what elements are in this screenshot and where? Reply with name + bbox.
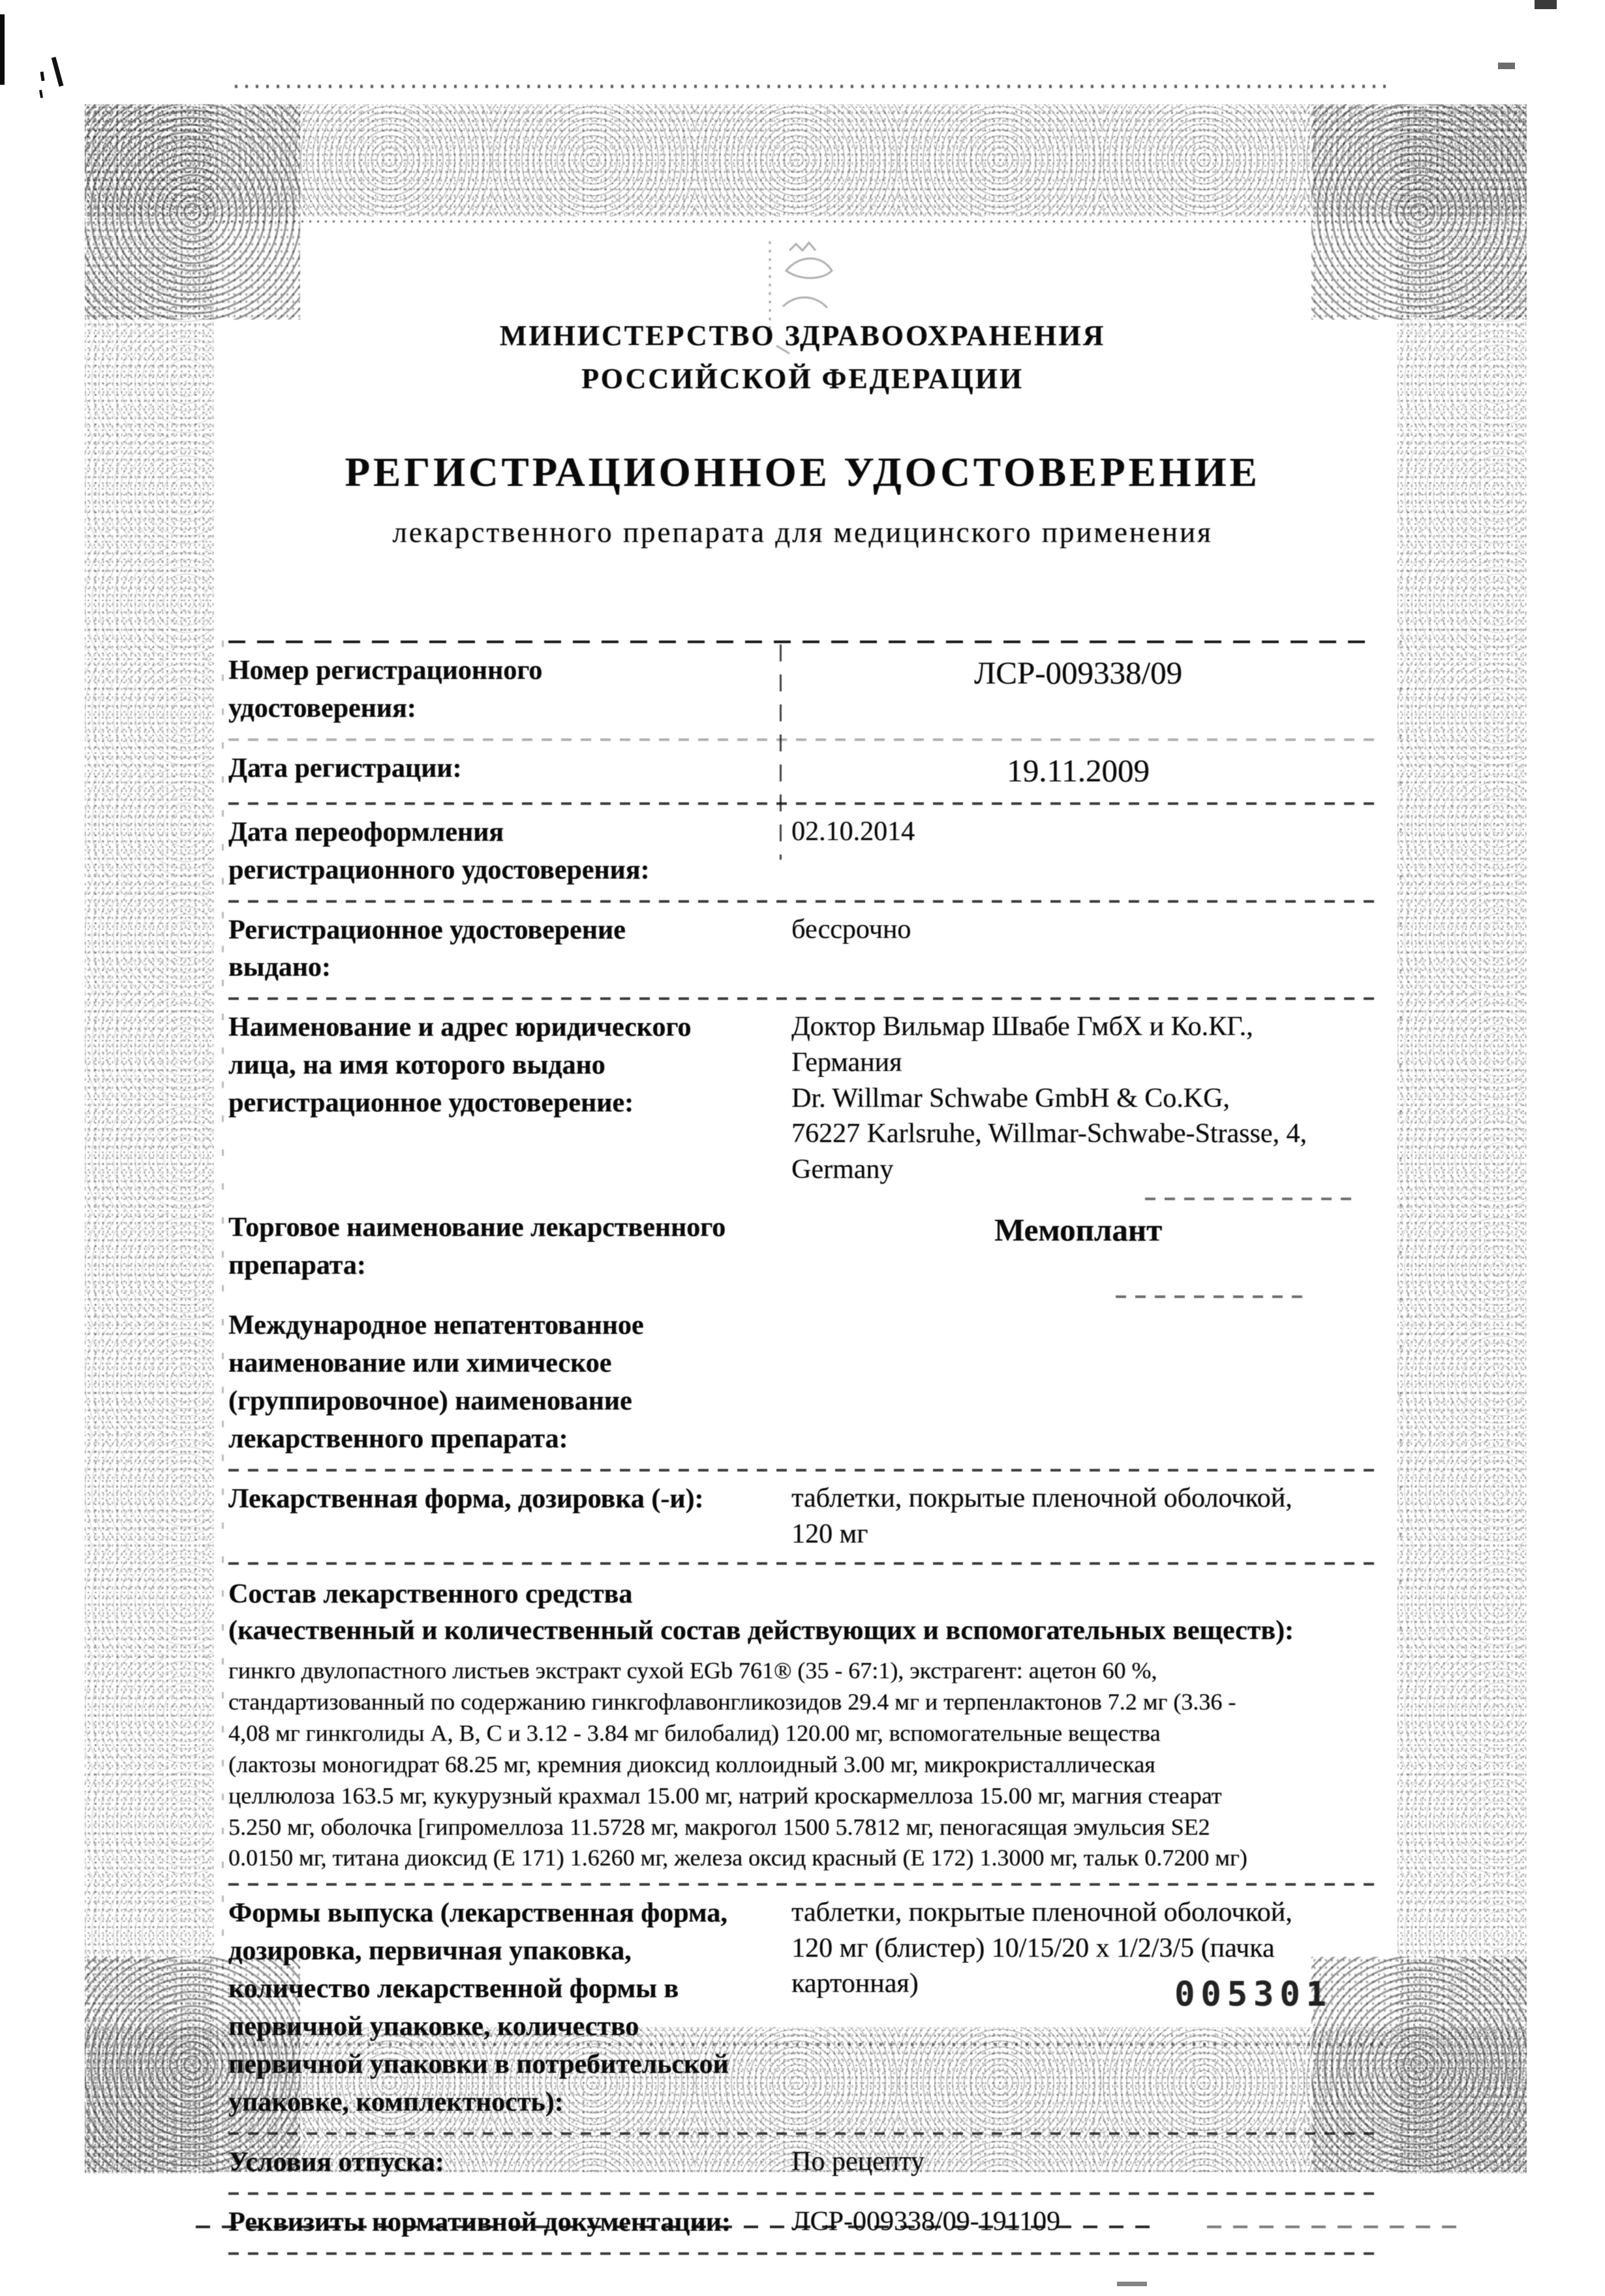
composition-section: Состав лекарственного средства (качестве… — [228, 1565, 1377, 1883]
table-row-reg-number: Номер регистрационного удостоверения: ЛС… — [228, 643, 1377, 738]
table-left-dashed-edge — [222, 641, 224, 1991]
row-label: Дата переоформления регистрационного удо… — [228, 814, 731, 890]
scanned-certificate-page: МИНИСТЕРСТВО ЗДРАВООХРАНЕНИЯ РОССИЙСКОЙ … — [0, 0, 1605, 2296]
composition-heading: Состав лекарственного средства — [228, 1577, 1377, 1612]
row-label: Реквизиты нормативной документации: — [228, 2204, 731, 2242]
table-row-holder: Наименование и адрес юридического лица, … — [228, 1000, 1377, 1198]
form-serial-number: 005301 — [1174, 1975, 1332, 2014]
row-label: Регистрационное удостоверение выдано: — [228, 912, 731, 988]
table-right-ticks — [1399, 641, 1401, 1658]
dosage-form-line: таблетки, покрытые пленочной оболочкой, — [791, 1481, 1377, 1517]
row-label: Международное непатентованное наименован… — [228, 1307, 731, 1458]
holder-line: Dr. Willmar Schwabe GmbH & Co.KG, — [791, 1081, 1377, 1117]
holder-line: Доктор Вильмар Швабе ГмбХ и Ко.КГ., — [791, 1009, 1377, 1045]
composition-line: 4,08 мг гинкголиды А, В, С и 3.12 - 3.84… — [228, 1718, 1377, 1749]
table-row-normative-docs: Реквизиты нормативной документации: ЛСР-… — [228, 2195, 1377, 2252]
table-row-reissue-date: Дата переоформления регистрационного удо… — [228, 805, 1377, 900]
row-label: Дата регистрации: — [228, 750, 731, 788]
scan-speck — [1117, 2282, 1147, 2286]
release-form-line: 120 мг (блистер) 10/15/20 х 1/2/3/5 (пач… — [791, 1931, 1377, 1967]
scan-edge-artifact — [1498, 63, 1515, 69]
pen-mark — [33, 52, 78, 111]
table-row-trade-name: Торговое наименование лекарственного пре… — [228, 1200, 1377, 1295]
row-label: Торговое наименование лекарственного пре… — [228, 1209, 731, 1285]
row-value: 19.11.2009 — [780, 750, 1377, 792]
frame-top-innerline — [215, 220, 1396, 222]
row-label: Лекарственная форма, дозировка (-и): — [228, 1481, 731, 1518]
table-row-dispensing: Условия отпуска: По рецепту — [228, 2135, 1377, 2192]
composition-line: гинкго двулопастного листьев экстракт су… — [228, 1655, 1377, 1687]
table-row-inn: Международное непатентованное наименован… — [228, 1298, 1377, 1469]
composition-line: целлюлоза 163.5 мг, кукурузный крахмал 1… — [228, 1781, 1377, 1812]
frame-band-right — [1398, 104, 1527, 2173]
table-row-dosage-form: Лекарственная форма, дозировка (-и): таб… — [228, 1472, 1377, 1562]
row-separator — [228, 2252, 1377, 2255]
row-value: 02.10.2014 — [780, 814, 1377, 850]
composition-line: 5.250 мг, оболочка [гипромеллоза 11.5728… — [228, 1812, 1377, 1843]
table-row-reg-date: Дата регистрации: 19.11.2009 — [228, 741, 1377, 802]
frame-band-top — [85, 104, 1527, 217]
frame-top-tickline — [235, 85, 1390, 88]
row-value: бессрочно — [780, 912, 1377, 948]
document-title: РЕГИСТРАЦИОННОЕ УДОСТОВЕРЕНИЕ — [0, 449, 1605, 496]
composition-line: стандартизованный по содержанию гинкгофл… — [228, 1687, 1377, 1718]
release-form-line: таблетки, покрытые пленочной оболочкой, — [791, 1895, 1377, 1931]
composition-line: (лактозы моногидрат 68.25 мг, кремния ди… — [228, 1749, 1377, 1781]
row-label: Условия отпуска: — [228, 2144, 731, 2182]
row-value: ЛСР-009338/09 — [780, 652, 1377, 694]
row-value: Доктор Вильмар Швабе ГмбХ и Ко.КГ., Герм… — [780, 1009, 1377, 1187]
composition-line: 0.0150 мг, титана диоксид (Е 171) 1.6260… — [228, 1843, 1377, 1874]
row-value: ЛСР-009338/09-191109 — [780, 2204, 1377, 2240]
row-value: По рецепту — [780, 2144, 1377, 2180]
table-row-validity: Регистрационное удостоверение выдано: бе… — [228, 903, 1377, 998]
frame-band-left — [85, 104, 214, 2173]
holder-line: Germany — [791, 1152, 1377, 1188]
ministry-header: МИНИСТЕРСТВО ЗДРАВООХРАНЕНИЯ РОССИЙСКОЙ … — [0, 314, 1605, 400]
row-label: Номер регистрационного удостоверения: — [228, 652, 731, 728]
ministry-line-2: РОССИЙСКОЙ ФЕДЕРАЦИИ — [0, 357, 1605, 400]
dosage-form-line: 120 мг — [791, 1517, 1377, 1552]
ministry-line-1: МИНИСТЕРСТВО ЗДРАВООХРАНЕНИЯ — [0, 314, 1605, 357]
row-label: Наименование и адрес юридического лица, … — [228, 1009, 731, 1123]
row-value: Мемоплант — [780, 1209, 1377, 1251]
frame-corner-top-left — [85, 104, 300, 320]
holder-line: Германия — [791, 1045, 1377, 1081]
scan-edge-artifact — [1535, 0, 1557, 9]
composition-text: гинкго двулопастного листьев экстракт су… — [228, 1655, 1377, 1874]
row-label: Формы выпуска (лекарственная форма, дози… — [228, 1895, 731, 2122]
scan-edge-artifact — [0, 14, 5, 85]
document-subtitle: лекарственного препарата для медицинског… — [0, 515, 1605, 549]
composition-subheading: (качественный и количественный состав де… — [228, 1613, 1377, 1649]
frame-corner-top-right — [1311, 104, 1527, 320]
holder-line: 76227 Karlsruhe, Willmar-Schwabe-Strasse… — [791, 1116, 1377, 1152]
row-value: таблетки, покрытые пленочной оболочкой, … — [780, 1481, 1377, 1552]
